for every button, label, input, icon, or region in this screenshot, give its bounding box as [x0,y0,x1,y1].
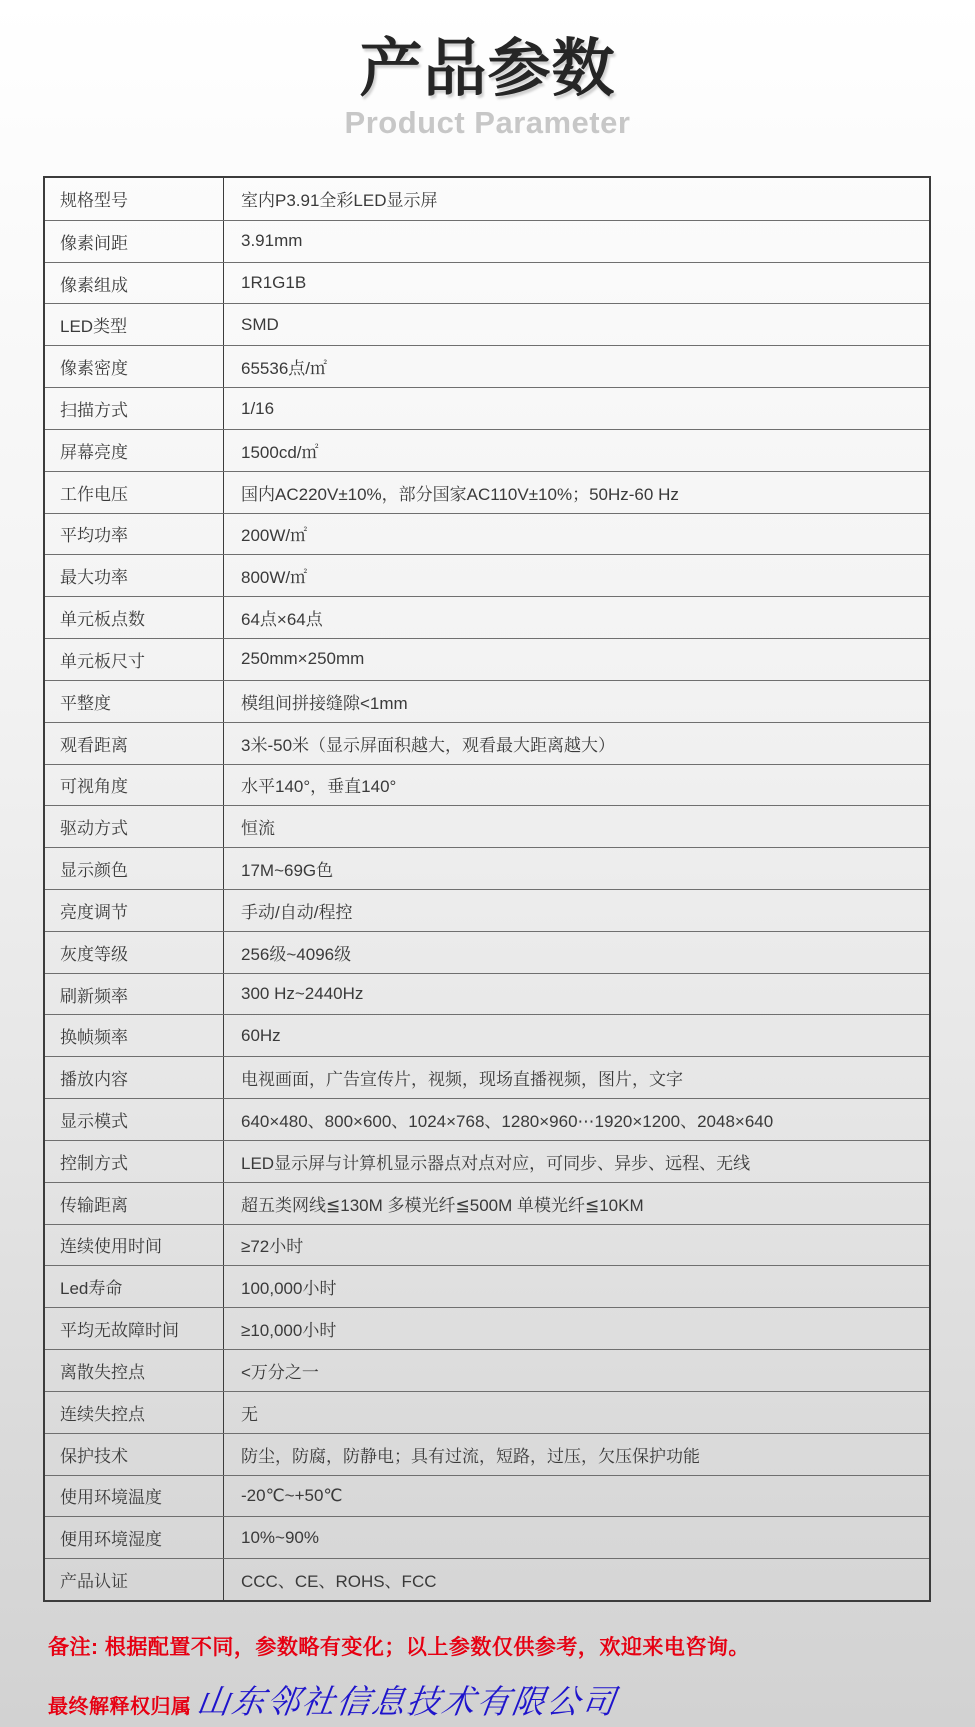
remark-note: 备注: 根据配置不同，参数略有变化；以上参数仅供参考，欢迎来电咨询。 [48,1631,750,1661]
param-value: 17M~69G色 [224,848,929,889]
param-label: 连续失控点 [45,1392,224,1433]
param-value: 3米-50米（显示屏面积越大，观看最大距离越大） [224,723,929,764]
param-value: CCC、CE、ROHS、FCC [224,1559,929,1600]
param-value: 64点×64点 [224,597,929,638]
table-row: 可视角度 水平140°，垂直140° [45,764,929,806]
param-value: ≥72小时 [224,1225,929,1266]
param-value: -20℃~+50℃ [224,1476,929,1517]
param-value: 恒流 [224,806,929,847]
table-row: 播放内容 电视画面，广告宣传片，视频，现场直播视频，图片，文字 [45,1056,929,1098]
param-value: 3.91mm [224,221,929,262]
table-row: 显示颜色 17M~69G色 [45,847,929,889]
param-value: 100,000小时 [224,1266,929,1307]
table-row: 亮度调节 手动/自动/程控 [45,889,929,931]
param-label: 播放内容 [45,1057,224,1098]
table-row: 使用环境温度 -20℃~+50℃ [45,1475,929,1517]
param-value: 手动/自动/程控 [224,890,929,931]
page-header: 产品参数 Product Parameter [0,36,975,141]
param-label: 换帧频率 [45,1015,224,1056]
table-row: 连续使用时间 ≥72小时 [45,1224,929,1266]
param-label: 灰度等级 [45,932,224,973]
table-row: 屏幕亮度 1500cd/㎡ [45,429,929,471]
table-row: 像素间距 3.91mm [45,220,929,262]
table-row: 单元板尺寸 250mm×250mm [45,638,929,680]
param-value: <万分之一 [224,1350,929,1391]
table-row: 最大功率 800W/㎡ [45,554,929,596]
table-row: 离散失控点 <万分之一 [45,1349,929,1391]
table-row: 单元板点数 64点×64点 [45,596,929,638]
table-row: 保护技术 防尘，防腐，防静电；具有过流，短路，过压，欠压保护功能 [45,1433,929,1475]
param-label: 平整度 [45,681,224,722]
param-label: 控制方式 [45,1141,224,1182]
param-label: 规格型号 [45,178,224,220]
param-value: 电视画面，广告宣传片，视频，现场直播视频，图片，文字 [224,1057,929,1098]
param-label: 扫描方式 [45,388,224,429]
param-label: 刷新频率 [45,974,224,1015]
disclaimer-prefix: 最终解释权归属 [48,1690,192,1719]
param-label: 像素间距 [45,221,224,262]
param-label: 像素密度 [45,346,224,387]
table-row: LED类型 SMD [45,303,929,345]
param-value: 256级~4096级 [224,932,929,973]
param-label: 驱动方式 [45,806,224,847]
param-value: 640×480、800×600、1024×768、1280×960⋯1920×1… [224,1099,929,1140]
table-row: 平整度 模组间拼接缝隙<1mm [45,680,929,722]
param-value: 10%~90% [224,1517,929,1558]
disclaimer: 最终解释权归属 山东邻社信息技术有限公司 [48,1676,614,1723]
table-row: 换帧频率 60Hz [45,1014,929,1056]
param-label: 传输距离 [45,1183,224,1224]
table-row: 便用环境湿度 10%~90% [45,1516,929,1558]
param-value: 200W/㎡ [224,514,929,555]
param-label: 使用环境温度 [45,1476,224,1517]
table-row: 扫描方式 1/16 [45,387,929,429]
table-row: 规格型号 室内P3.91全彩LED显示屏 [45,178,929,220]
param-value: 无 [224,1392,929,1433]
param-label: 显示模式 [45,1099,224,1140]
param-label: 单元板点数 [45,597,224,638]
table-row: 像素密度 65536点/㎡ [45,345,929,387]
table-row: Led寿命 100,000小时 [45,1265,929,1307]
param-value: 1/16 [224,388,929,429]
param-value: 防尘，防腐，防静电；具有过流，短路，过压，欠压保护功能 [224,1434,929,1475]
table-row: 平均功率 200W/㎡ [45,513,929,555]
param-label: 平均功率 [45,514,224,555]
param-value: SMD [224,304,929,345]
param-value: 250mm×250mm [224,639,929,680]
param-label: 像素组成 [45,263,224,304]
param-value: 1500cd/㎡ [224,430,929,471]
param-label: 亮度调节 [45,890,224,931]
param-value: 国内AC220V±10%，部分国家AC110V±10%；50Hz-60 Hz [224,472,929,513]
param-value: 800W/㎡ [224,555,929,596]
param-value: 超五类网线≦130M 多模光纤≦500M 单模光纤≦10KM [224,1183,929,1224]
page-subtitle: Product Parameter [0,105,975,141]
param-value: 60Hz [224,1015,929,1056]
page-title: 产品参数 [0,36,975,102]
table-row: 连续失控点 无 [45,1391,929,1433]
table-row: 观看距离 3米-50米（显示屏面积越大，观看最大距离越大） [45,722,929,764]
param-label: 单元板尺寸 [45,639,224,680]
param-label: 工作电压 [45,472,224,513]
table-row: 灰度等级 256级~4096级 [45,931,929,973]
param-value: 模组间拼接缝隙<1mm [224,681,929,722]
param-value: 65536点/㎡ [224,346,929,387]
param-label: 平均无故障时间 [45,1308,224,1349]
spec-table: 规格型号 室内P3.91全彩LED显示屏 像素间距 3.91mm 像素组成 1R… [43,176,931,1602]
table-row: 传输距离 超五类网线≦130M 多模光纤≦500M 单模光纤≦10KM [45,1182,929,1224]
table-row: 像素组成 1R1G1B [45,262,929,304]
table-row: 产品认证 CCC、CE、ROHS、FCC [45,1558,929,1600]
param-value: 室内P3.91全彩LED显示屏 [224,178,929,220]
param-label: 连续使用时间 [45,1225,224,1266]
table-row: 驱动方式 恒流 [45,805,929,847]
param-label: 可视角度 [45,765,224,806]
param-value: LED显示屏与计算机显示器点对点对应，可同步、异步、远程、无线 [224,1141,929,1182]
param-label: 离散失控点 [45,1350,224,1391]
table-row: 平均无故障时间 ≥10,000小时 [45,1307,929,1349]
table-row: 控制方式 LED显示屏与计算机显示器点对点对应，可同步、异步、远程、无线 [45,1140,929,1182]
param-label: 屏幕亮度 [45,430,224,471]
param-label: 观看距离 [45,723,224,764]
param-label: 便用环境湿度 [45,1517,224,1558]
table-row: 工作电压 国内AC220V±10%，部分国家AC110V±10%；50Hz-60… [45,471,929,513]
param-label: 显示颜色 [45,848,224,889]
product-parameter-page: { "page": { "title": "产品参数", "subtitle":… [0,0,975,1727]
param-value: 水平140°，垂直140° [224,765,929,806]
param-value: 1R1G1B [224,263,929,304]
param-label: Led寿命 [45,1266,224,1307]
param-label: LED类型 [45,304,224,345]
param-label: 产品认证 [45,1559,224,1600]
param-value: 300 Hz~2440Hz [224,974,929,1015]
company-name: 山东邻社信息技术有限公司 [194,1676,621,1723]
table-row: 刷新频率 300 Hz~2440Hz [45,973,929,1015]
table-row: 显示模式 640×480、800×600、1024×768、1280×960⋯1… [45,1098,929,1140]
param-label: 保护技术 [45,1434,224,1475]
param-label: 最大功率 [45,555,224,596]
param-value: ≥10,000小时 [224,1308,929,1349]
